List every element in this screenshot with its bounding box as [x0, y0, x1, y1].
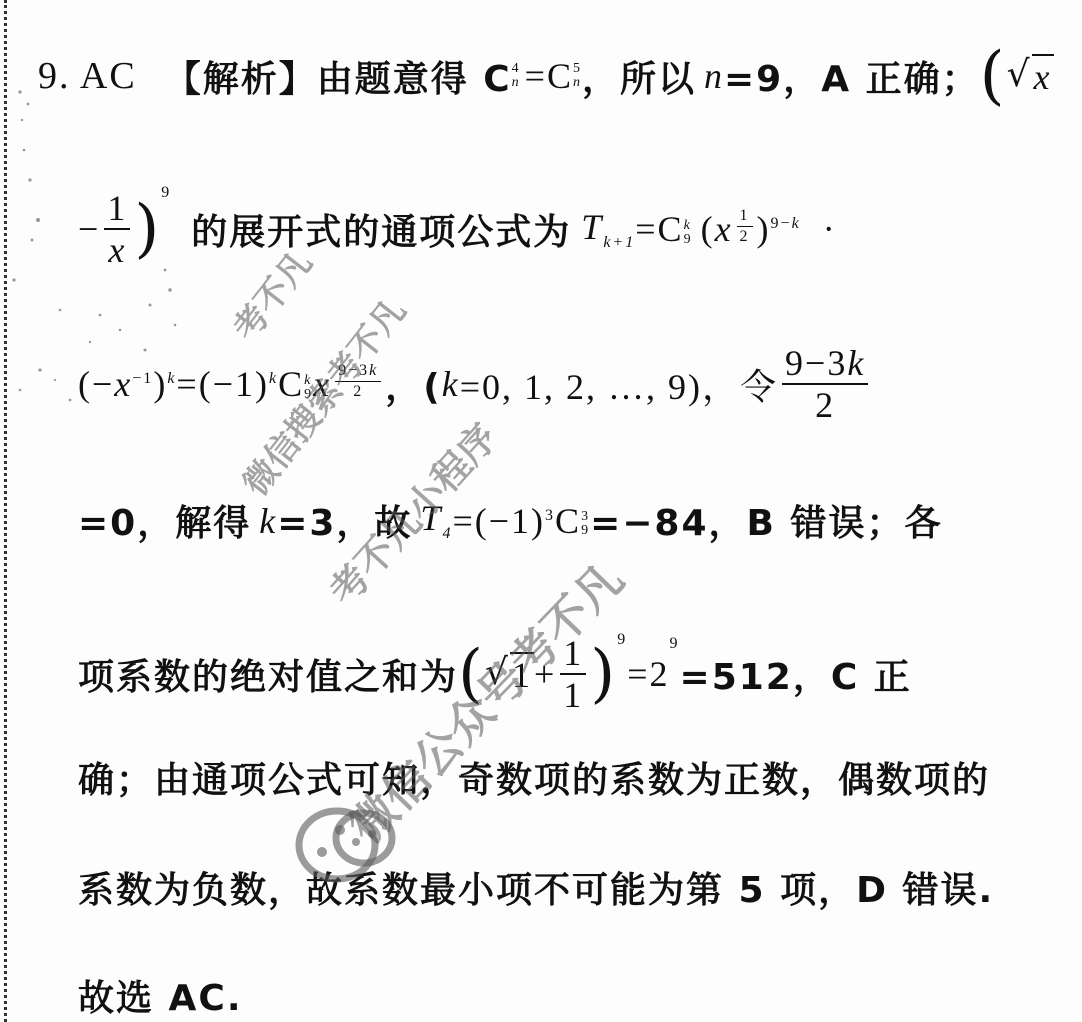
text-so: ，所以 — [582, 51, 696, 102]
left-paren: ( — [980, 44, 1007, 108]
text-k3: =3，故 — [277, 495, 412, 546]
solution-line-2: − 1x )9 的展开式的通项公式为 Tk+1 =Ck9 (x12)9−k · — [78, 190, 837, 268]
solution-line-1: 9. AC 【解析】由题意得 C 4n =C 5n ，所以 n =9，A 正确；… — [38, 44, 1054, 108]
question-number-answer: 9. AC — [38, 54, 137, 98]
text-neg1: =(−1) — [452, 500, 545, 542]
text-b-wrong: =−84，B 错误；各 — [590, 495, 942, 546]
solution-line-8-conclusion: 故选 AC. — [78, 970, 243, 1021]
solution-line-3: (−x−1)k=(−1)kCk9x9−3k2 ，( k =0, 1, 2, …,… — [78, 345, 872, 423]
solution-line-5: 项系数的绝对值之和为 ( √1 + 11 )9 =29 =512，C 正 — [78, 635, 912, 713]
eq-text: =C — [525, 55, 573, 97]
solution-line-7: 系数为负数，故系数最小项不可能为第 5 项，D 错误. — [78, 862, 994, 913]
text-solve: =0，解得 — [78, 495, 251, 546]
solution-line-6: 确；由通项公式可知，奇数项的系数为正数，偶数项的 — [78, 752, 990, 803]
var-n: n — [704, 55, 724, 97]
text-c-correct: =512，C 正 — [680, 649, 912, 700]
fraction-9-3k-over-2: 9−3k2 — [782, 345, 868, 423]
text-general-term: 的展开式的通项公式为 — [191, 204, 571, 255]
text-a-correct: =9，A 正确； — [724, 51, 980, 102]
solution-line-4: =0，解得 k =3，故 T4 =(−1) 3C39 =−84，B 错误；各 — [78, 495, 942, 546]
text-abs-sum: 项系数的绝对值之和为 — [78, 649, 458, 700]
fraction-1-over-x: 1x — [104, 190, 130, 268]
k-range-text: =0, 1, 2, …, 9)，令 — [460, 359, 778, 410]
sqrt-x: √x — [1007, 54, 1054, 98]
analysis-label: 【解析】由题意得 C — [165, 51, 512, 102]
text-eq-2: =2 — [627, 653, 669, 695]
wechat-logo-icon — [292, 790, 412, 900]
text-comma-paren: ，( — [385, 359, 441, 410]
